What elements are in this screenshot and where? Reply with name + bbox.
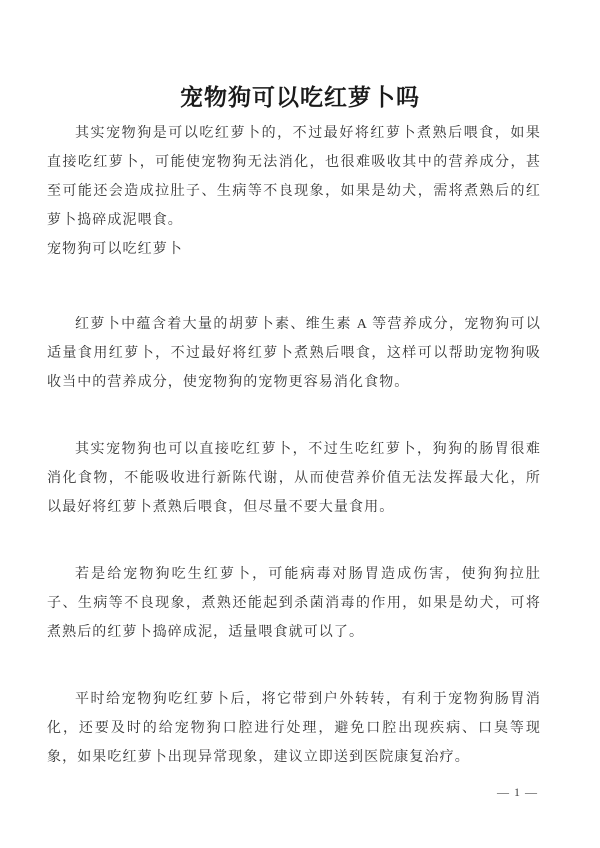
paragraph-aftercare: 平时给宠物狗吃红萝卜后，将它带到户外转转，有利于宠物狗肠胃消化，还要及时的给宠物… [47, 685, 541, 772]
paragraph-nutrition: 红萝卜中蕴含着大量的胡萝卜素、维生素 A 等营养成分，宠物狗可以适量食用红萝卜，… [47, 310, 541, 397]
document-body: 其实宠物狗是可以吃红萝卜的，不过最好将红萝卜煮熟后喂食，如果直接吃红萝卜，可能使… [0, 119, 600, 772]
paragraph-raw-feeding: 其实宠物狗也可以直接吃红萝卜，不过生吃红萝卜，狗狗的肠胃很难消化食物，不能吸收进… [47, 435, 541, 522]
section-subheading: 宠物狗可以吃红萝卜 [47, 235, 541, 264]
page-number: — 1 — [497, 783, 538, 801]
paragraph-intro: 其实宠物狗是可以吃红萝卜的，不过最好将红萝卜煮熟后喂食，如果直接吃红萝卜，可能使… [47, 119, 541, 235]
page-title: 宠物狗可以吃红萝卜吗 [0, 80, 600, 114]
document-page: 宠物狗可以吃红萝卜吗 其实宠物狗是可以吃红萝卜的，不过最好将红萝卜煮熟后喂食，如… [0, 0, 600, 848]
paragraph-cooked-benefit: 若是给宠物狗吃生红萝卜，可能病毒对肠胃造成伤害，使狗狗拉肚子、生病等不良现象，煮… [47, 560, 541, 647]
